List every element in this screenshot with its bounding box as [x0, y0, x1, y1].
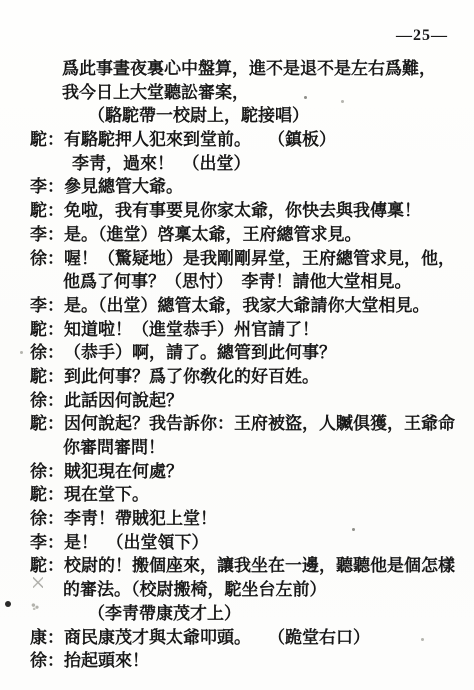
speaker-label: 李： — [30, 223, 64, 247]
script-line: 李：是。（進堂）啓稟太爺，王府總管求見。 — [0, 223, 474, 247]
speaker-label: 駝： — [30, 128, 64, 152]
line-text: 知道啦！（進堂恭手）州官請了！ — [64, 320, 319, 339]
script-line: 康：商民康茂才與太爺叩頭。 （跪堂右口） — [0, 626, 474, 650]
line-text: 免啦，我有事要見你家太爺，你快去與我傳稟！ — [64, 201, 421, 220]
script-line: （駱駝帶一校尉上，駝接唱） — [0, 104, 474, 128]
line-text: 現在堂下。 — [64, 485, 149, 504]
script-line: 你審問審問！ — [0, 436, 474, 460]
speaker-label: 徐： — [30, 341, 64, 365]
line-text: 賊犯現在何處？ — [64, 462, 183, 481]
line-text: 到此何事？爲了你敎化的好百姓。 — [64, 367, 319, 386]
script-line: 爲此事晝夜裏心中盤算，進不是退不是左右爲難， — [0, 57, 474, 81]
line-text: 是。（出堂）總管太爺，我家大爺請你大堂相見。 — [64, 296, 430, 315]
speaker-label: 駝： — [30, 483, 64, 507]
script-line: 徐：喔！（驚疑地）是我剛剛昇堂，王府總管求見，他， — [0, 247, 474, 271]
line-text: （駱駝帶一校尉上，駝接唱） — [88, 106, 309, 125]
script-line: 徐：李靑！帶賊犯上堂！ — [0, 507, 474, 531]
script-line: 駝：免啦，我有事要見你家太爺，你快去與我傳稟！ — [0, 199, 474, 223]
script-line: 我今日上大堂聽訟審案， — [0, 81, 474, 105]
script-line: 他爲了何事？（思忖） 李靑！請他大堂相見。 — [0, 270, 474, 294]
line-text: （李靑帶康茂才上） — [88, 604, 241, 623]
line-text: 喔！（驚疑地）是我剛剛昇堂，王府總管求見，他， — [64, 249, 455, 268]
script-line: 駝：有駱駝押人犯來到堂前。 （鎮板） — [0, 128, 474, 152]
line-text: 有駱駝押人犯來到堂前。 （鎮板） — [64, 130, 336, 149]
line-text: 爲此事晝夜裏心中盤算，進不是退不是左右爲難， — [62, 59, 436, 78]
page-number: —25— — [396, 27, 448, 45]
script-line: 駝：到此何事？爲了你敎化的好百姓。 — [0, 365, 474, 389]
speaker-label: 徐： — [30, 460, 64, 484]
speaker-label: 李： — [30, 294, 64, 318]
line-text: 李靑！帶賊犯上堂！ — [64, 509, 217, 528]
script-line: 李：是。（出堂）總管太爺，我家大爺請你大堂相見。 — [0, 294, 474, 318]
line-text: 李靑，過來！ （出堂） — [72, 154, 251, 173]
script-line: 李：參見總管大爺。 — [0, 175, 474, 199]
script-line: 徐：（恭手）啊，請了。總管到此何事？ — [0, 341, 474, 365]
speaker-label: 駝： — [30, 365, 64, 389]
speaker-label: 徐： — [30, 507, 64, 531]
script-line: 駝：現在堂下。 — [0, 483, 474, 507]
line-text: 因何說起？我告訴你：王府被盜，人贓俱獲，王爺命 — [64, 414, 455, 433]
line-text: 校尉的！搬個座來，讓我坐在一邊，聽聽他是個怎樣 — [64, 556, 455, 575]
line-text: 你審問審問！ — [63, 438, 165, 457]
line-text: 此話因何說起？ — [64, 391, 183, 410]
line-text: 是！ （出堂領下） — [64, 533, 209, 552]
line-text: 的審法。（校尉搬椅，駝坐台左前） — [63, 580, 327, 599]
speaker-label: 李： — [30, 531, 64, 555]
speaker-label: 駝： — [30, 554, 64, 578]
script-line: 李：是！ （出堂領下） — [0, 531, 474, 555]
line-text: （恭手）啊，請了。總管到此何事？ — [64, 343, 336, 362]
script-line: 徐：抬起頭來！ — [0, 649, 474, 673]
script-line: 徐：此話因何說起？ — [0, 389, 474, 413]
speaker-label: 李： — [30, 175, 64, 199]
line-text: 是。（進堂）啓稟太爺，王府總管求見。 — [64, 225, 362, 244]
line-text: 商民康茂才與太爺叩頭。 （跪堂右口） — [64, 628, 370, 647]
script-text-body: 爲此事晝夜裏心中盤算，進不是退不是左右爲難，我今日上大堂聽訟審案，（駱駝帶一校尉… — [0, 57, 474, 673]
script-line: （李靑帶康茂才上） — [0, 602, 474, 626]
speaker-label: 徐： — [30, 389, 64, 413]
line-text: 抬起頭來！ — [64, 651, 149, 670]
script-line: 的審法。（校尉搬椅，駝坐台左前） — [0, 578, 474, 602]
script-line: 徐：賊犯現在何處？ — [0, 460, 474, 484]
script-line: 駝：知道啦！（進堂恭手）州官請了！ — [0, 318, 474, 342]
line-text: 參見總管大爺。 — [64, 177, 183, 196]
speaker-label: 徐： — [30, 649, 64, 673]
script-line: 李靑，過來！ （出堂） — [0, 152, 474, 176]
speaker-label: 康： — [30, 626, 64, 650]
speaker-label: 駝： — [30, 412, 64, 436]
scanned-script-page: —25— 爲此事晝夜裏心中盤算，進不是退不是左右爲難，我今日上大堂聽訟審案，（駱… — [0, 0, 474, 690]
speaker-label: 徐： — [30, 247, 64, 271]
line-text: 他爲了何事？（思忖） 李靑！請他大堂相見。 — [63, 272, 412, 291]
speaker-label: 駝： — [30, 318, 64, 342]
script-line: 駝：因何說起？我告訴你：王府被盜，人贓俱獲，王爺命 — [0, 412, 474, 436]
script-line: 駝：校尉的！搬個座來，讓我坐在一邊，聽聽他是個怎樣 — [0, 554, 474, 578]
speaker-label: 駝： — [30, 199, 64, 223]
line-text: 我今日上大堂聽訟審案， — [62, 83, 249, 102]
